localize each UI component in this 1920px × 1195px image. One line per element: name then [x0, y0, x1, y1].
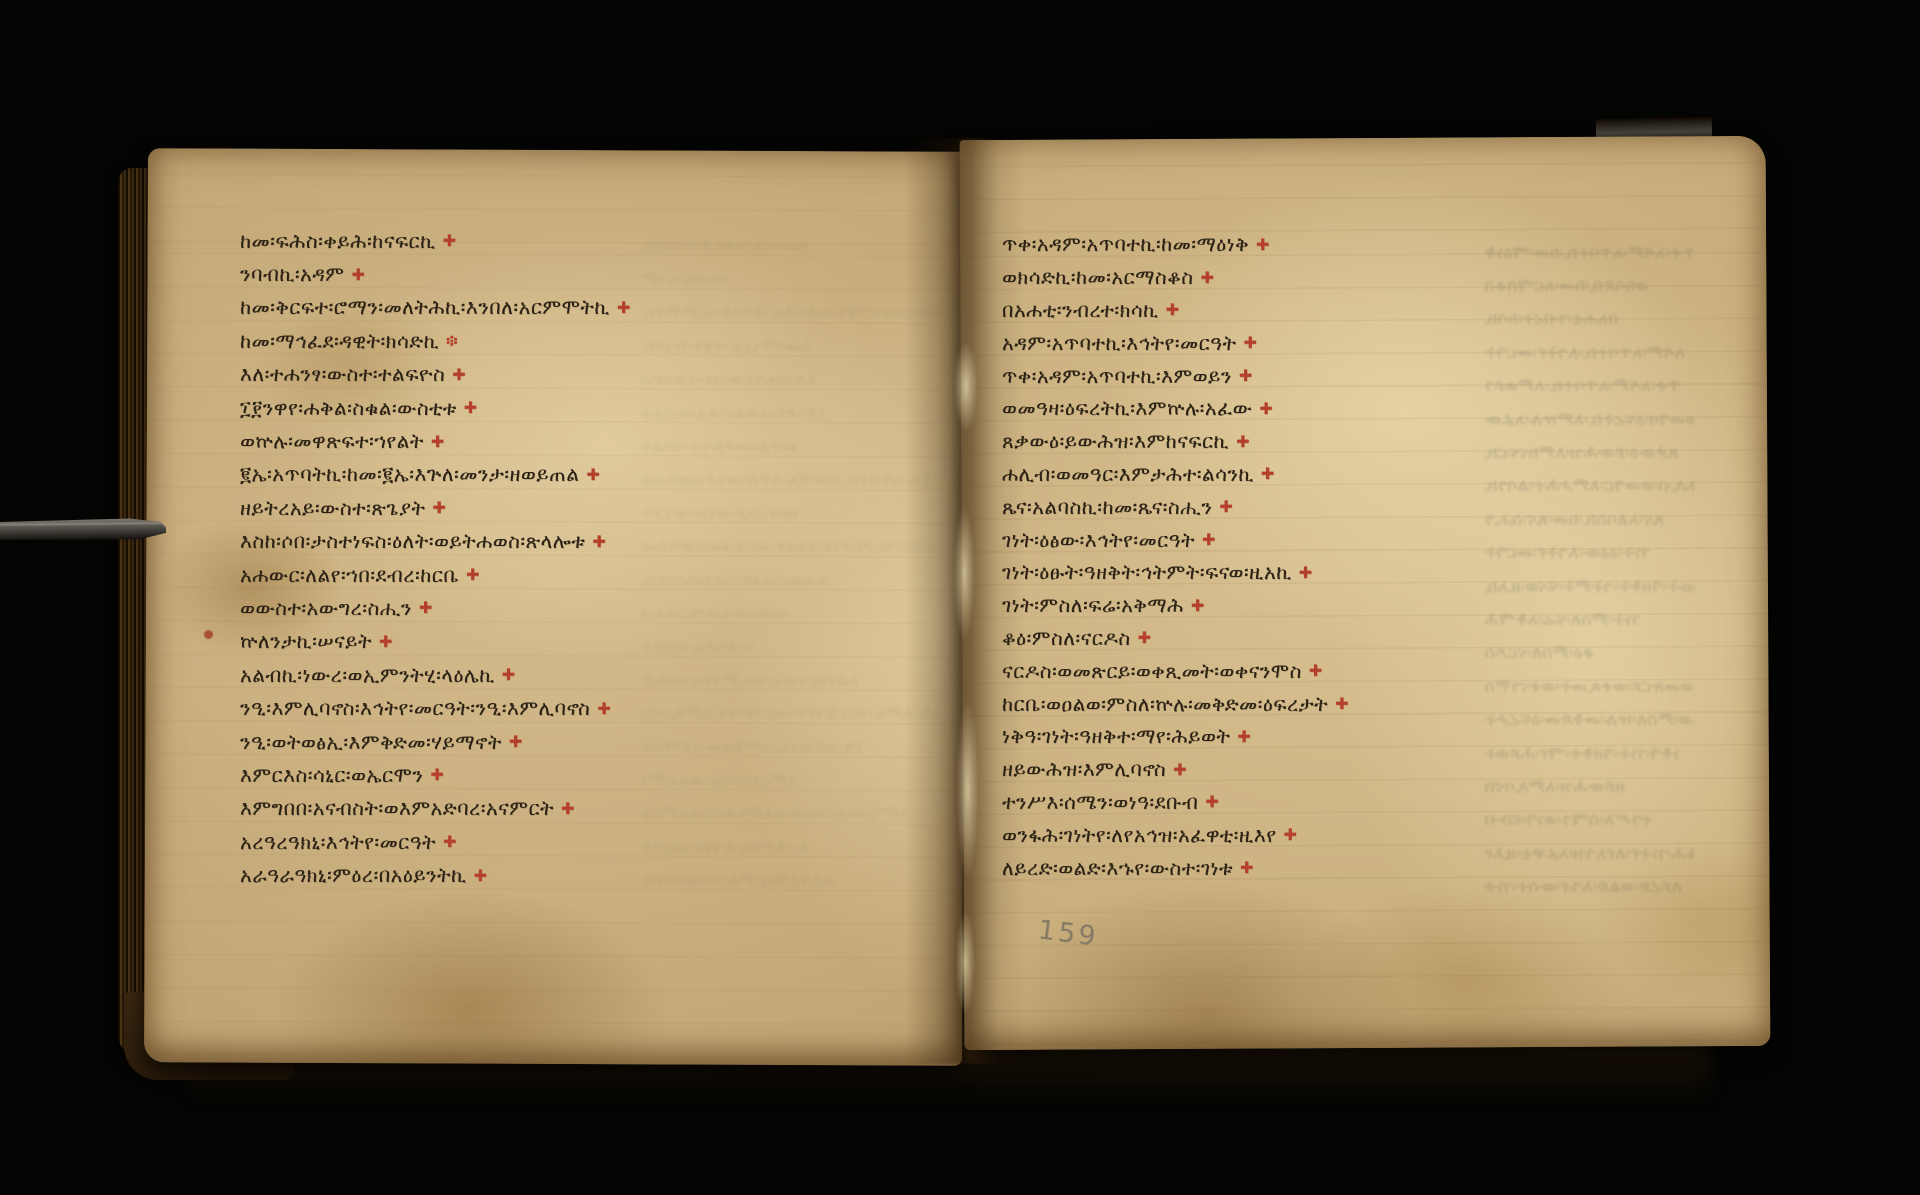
- text-line: ጸቃውዕ፡ይውሕዝ፡እምከናፍርኪ ✚: [1002, 425, 1349, 458]
- text-line: ንባብኪ፡አዳም ✚: [240, 257, 630, 290]
- line-text: ወንፋሕ፡ገነትየ፡ለየአኅዝ፡አፈዋቲ፡ዚእየ: [1002, 823, 1276, 847]
- text-line: ከርቤ፡ወዐልወ፡ምስለ፡ኵሉ፡መቅድመ፡ዕፍረታት ✚: [1002, 687, 1349, 720]
- text-line: ገነት፡ዕፅው፡እኅትየ፡መርዓት ✚: [1002, 523, 1349, 556]
- text-line: ፪ኤ፡አጥባትኪ፡ከመ፡፪ኤ፡እጕለ፡መንታ፡ዘወይጠል ✚: [240, 458, 630, 491]
- text-line: ገነት፡ዕፁት፡ዓዘቅት፡ኅትምት፡ፍናወ፡ዚአኪ ✚: [1002, 556, 1349, 589]
- line-text: ንዒ፡እምሊባኖስ፡እኅትየ፡መርዓት፡ንዒ፡እምሊባኖስ: [240, 696, 590, 720]
- line-end-cross-icon: ✚: [1261, 464, 1274, 483]
- text-line: ንዒ፡እምሊባኖስ፡እኅትየ፡መርዓት፡ንዒ፡እምሊባኖስ ✚: [240, 691, 630, 724]
- line-end-cross-icon: ✚: [443, 832, 456, 851]
- line-text: ፲፻ንዋየ፡ሐቅል፡ስቁል፡ውስቲቱ: [240, 396, 457, 420]
- line-text: ንባብኪ፡አዳም: [240, 262, 344, 286]
- line-text: እስከ፡ሶበ፡ታስተነፍስ፡ዕለት፡ወይትሐወስ፡ጽላሎቱ: [240, 529, 585, 553]
- line-text: ወውስተ፡አውግረ፡ስሒን: [240, 596, 412, 620]
- line-text: ገነት፡ዕፁት፡ዓዘቅት፡ኅትምት፡ፍናወ፡ዚአኪ: [1002, 560, 1292, 584]
- line-end-cross-icon: ✚: [1201, 268, 1214, 287]
- torn-gutter-edge: [950, 300, 982, 1020]
- line-text: ጥቀ፡አዳም፡አጥባተኪ፡ከመ፡ማዕነቅ: [1002, 232, 1249, 256]
- line-end-cross-icon: ፨: [446, 331, 457, 351]
- text-line: ንዒ፡ወትወፅኢ፡እምቅድመ፡ሃይማኖት ✚: [240, 725, 630, 758]
- line-end-cross-icon: ✚: [1138, 628, 1151, 647]
- line-end-cross-icon: ✚: [1236, 432, 1249, 451]
- text-line: አልብኪ፡ነውረ፡ወኢምንትሂ፡ላዕሌኪ ✚: [240, 658, 630, 691]
- text-line: ዘይውሕዝ፡እምሊባኖስ ✚: [1002, 753, 1349, 786]
- metal-pointer-rod: [0, 518, 166, 541]
- line-text: ፪ኤ፡አጥባትኪ፡ከመ፡፪ኤ፡እጕለ፡መንታ፡ዘወይጠል: [240, 462, 579, 486]
- line-text: ለይረድ፡ወልድ፡እኁየ፡ውስተ፡ገነቱ: [1002, 856, 1233, 880]
- line-end-cross-icon: ✚: [1309, 661, 1322, 680]
- line-end-cross-icon: ✚: [1191, 596, 1204, 615]
- line-text: ወኵሉ፡መዋጽፍተ፡ኀየልት: [240, 429, 424, 453]
- line-end-cross-icon: ✚: [1335, 694, 1348, 713]
- text-line: ወኵሉ፡መዋጽፍተ፡ኀየልት ✚: [240, 424, 630, 457]
- line-end-cross-icon: ✚: [617, 298, 630, 317]
- line-end-cross-icon: ✚: [597, 699, 610, 718]
- line-text: ዘይትረአይ፡ውስተ፡ጽጌያት: [240, 496, 425, 520]
- line-end-cross-icon: ✚: [1239, 366, 1252, 385]
- text-line: ፲፻ንዋየ፡ሐቅል፡ስቁል፡ውስቲቱ ✚: [240, 391, 630, 424]
- line-end-cross-icon: ✚: [430, 765, 443, 784]
- text-line: ገነት፡ምስለ፡ፍሬ፡አቅማሕ ✚: [1002, 589, 1349, 622]
- line-text: አልብኪ፡ነውረ፡ወኢምንትሂ፡ላዕሌኪ: [240, 663, 495, 687]
- text-line: እምግበበ፡አናብስት፡ወእምአድባረ፡አናምርት ✚: [240, 792, 630, 825]
- line-text: ሐሊብ፡ወመዓር፡እምታሕተ፡ልሳንኪ: [1002, 462, 1254, 486]
- line-text: ወመዓዛ፡ዕፍረትኪ፡እምኵሉ፡አፈው: [1002, 396, 1252, 420]
- line-text: አረዓረዓክኒ፡እኅትየ፡መርዓት: [240, 830, 436, 854]
- text-line: ጥቀ፡አዳም፡አጥባተኪ፡ከመ፡ማዕነቅ ✚: [1002, 228, 1349, 261]
- text-line: በአሐቲ፡ንብረተ፡ክሳኪ ✚: [1002, 294, 1349, 327]
- line-end-cross-icon: ✚: [432, 498, 445, 517]
- text-line: አራዓራዓክኒ፡ምዕረ፡በአዕይንትኪ ✚: [240, 858, 630, 891]
- line-end-cross-icon: ✚: [464, 398, 477, 417]
- text-line: አረዓረዓክኒ፡እኅትየ፡መርዓት ✚: [240, 825, 630, 858]
- line-end-cross-icon: ✚: [443, 231, 456, 250]
- line-text: ከመ፡ቅርፍተ፡ሮማን፡መለትሕኪ፡እንበለ፡አርምሞትኪ: [240, 295, 610, 319]
- line-end-cross-icon: ✚: [431, 432, 444, 451]
- line-end-cross-icon: ✚: [351, 265, 364, 284]
- text-line: አሐውር፡ለልየ፡ኀበ፡ደብረ፡ከርቤ ✚: [240, 558, 630, 591]
- line-end-cross-icon: ✚: [592, 532, 605, 551]
- line-end-cross-icon: ✚: [509, 732, 522, 751]
- line-end-cross-icon: ✚: [502, 665, 515, 684]
- text-line: ወውስተ፡አውግረ፡ስሒን ✚: [240, 591, 630, 624]
- text-line: ከመ፡ፍሕስ፡ቀይሕ፡ከናፍርኪ ✚: [240, 224, 630, 257]
- line-text: ተንሥእ፡ሰሜን፡ወነዓ፡ደቡብ: [1002, 790, 1198, 814]
- line-text: ጼና፡አልባስኪ፡ከመ፡ጼና፡ስሒን: [1002, 495, 1212, 519]
- right-page-text-block: ጥቀ፡አዳም፡አጥባተኪ፡ከመ፡ማዕነቅ ✚ ወክሳድኪ፡ከመ፡አርማስቆስ ✚…: [1002, 228, 1349, 884]
- text-line: ጥቀ፡አዳም፡አጥባተኪ፡እምወይን ✚: [1002, 359, 1349, 392]
- line-text: ንዒ፡ወትወፅኢ፡እምቅድመ፡ሃይማኖት: [240, 730, 502, 754]
- line-end-cross-icon: ✚: [1205, 792, 1218, 811]
- line-text: ከርቤ፡ወዐልወ፡ምስለ፡ኵሉ፡መቅድመ፡ዕፍረታት: [1002, 692, 1328, 716]
- line-text: አራዓራዓክኒ፡ምዕረ፡በአዕይንትኪ: [240, 863, 467, 887]
- text-line: ነቅዓ፡ገነት፡ዓዘቅተ፡ማየ፡ሕይወት ✚: [1002, 720, 1349, 753]
- line-text: በአሐቲ፡ንብረተ፡ክሳኪ: [1002, 298, 1159, 322]
- text-line: ወክሳድኪ፡ከመ፡አርማስቆስ ✚: [1002, 261, 1349, 294]
- line-end-cross-icon: ✚: [1166, 300, 1179, 319]
- line-text: ናርዶስ፡ወመጽርይ፡ወቀጺመት፡ወቀናንሞስ: [1002, 659, 1302, 683]
- line-end-cross-icon: ✚: [452, 365, 465, 384]
- text-line: እስከ፡ሶበ፡ታስተነፍስ፡ዕለት፡ወይትሐወስ፡ጽላሎቱ ✚: [240, 525, 630, 558]
- red-wear-dot: [204, 630, 213, 639]
- line-end-cross-icon: ✚: [466, 565, 479, 584]
- text-line: ወመዓዛ፡ዕፍረትኪ፡እምኵሉ፡አፈው ✚: [1002, 392, 1349, 425]
- line-text: ወክሳድኪ፡ከመ፡አርማስቆስ: [1002, 265, 1194, 289]
- line-text: ነቅዓ፡ገነት፡ዓዘቅተ፡ማየ፡ሕይወት: [1002, 724, 1230, 748]
- line-end-cross-icon: ✚: [1173, 760, 1186, 779]
- line-text: ቆዕ፡ምስለ፡ናርዶስ: [1002, 626, 1131, 650]
- text-line: ኵለንታኪ፡ሠናይት ✚: [240, 625, 630, 658]
- text-line: አዳም፡አጥባተኪ፡እኅትየ፡መርዓት ✚: [1002, 326, 1349, 359]
- line-text: ገነት፡ዕፅው፡እኅትየ፡መርዓት: [1002, 528, 1195, 552]
- line-end-cross-icon: ✚: [1299, 563, 1312, 582]
- line-text: ከመ፡ማኅፈደ፡ዳዊት፡ክሳድኪ: [240, 329, 439, 353]
- text-line: ቆዕ፡ምስለ፡ናርዶስ ✚: [1002, 622, 1349, 655]
- text-line: እለ፡ተሐንፃ፡ውስተ፡ተልፍዮስ ✚: [240, 358, 630, 391]
- line-text: ዘይውሕዝ፡እምሊባኖስ: [1002, 757, 1166, 781]
- line-end-cross-icon: ✚: [419, 598, 432, 617]
- line-text: አሐውር፡ለልየ፡ኀበ፡ደብረ፡ከርቤ: [240, 563, 459, 587]
- line-end-cross-icon: ✚: [1256, 235, 1269, 254]
- text-line: ናርዶስ፡ወመጽርይ፡ወቀጺመት፡ወቀናንሞስ ✚: [1002, 654, 1349, 687]
- line-end-cross-icon: ✚: [561, 799, 574, 818]
- line-text: ጥቀ፡አዳም፡አጥባተኪ፡እምወይን: [1002, 364, 1232, 388]
- text-line: ለይረድ፡ወልድ፡እኁየ፡ውስተ፡ገነቱ ✚: [1002, 851, 1349, 884]
- text-line: እምርእስ፡ሳኒር፡ወኤርሞን ✚: [240, 758, 630, 791]
- text-line: ጼና፡አልባስኪ፡ከመ፡ጼና፡ስሒን ✚: [1002, 490, 1349, 523]
- text-line: ዘይትረአይ፡ውስተ፡ጽጌያት ✚: [240, 491, 630, 524]
- line-end-cross-icon: ✚: [1283, 825, 1296, 844]
- line-end-cross-icon: ✚: [586, 465, 599, 484]
- line-end-cross-icon: ✚: [1237, 727, 1250, 746]
- text-line: ከመ፡ማኅፈደ፡ዳዊት፡ክሳድኪ ፨: [240, 324, 630, 357]
- line-end-cross-icon: ✚: [1243, 333, 1256, 352]
- text-line: ወንፋሕ፡ገነትየ፡ለየአኅዝ፡አፈዋቲ፡ዚእየ ✚: [1002, 818, 1349, 851]
- line-end-cross-icon: ✚: [1240, 858, 1253, 877]
- line-end-cross-icon: ✚: [1259, 399, 1272, 418]
- line-text: ጸቃውዕ፡ይውሕዝ፡እምከናፍርኪ: [1002, 429, 1229, 453]
- line-text: አዳም፡አጥባተኪ፡እኅትየ፡መርዓት: [1002, 331, 1236, 355]
- text-line: ሐሊብ፡ወመዓር፡እምታሕተ፡ልሳንኪ ✚: [1002, 458, 1349, 491]
- line-text: ገነት፡ምስለ፡ፍሬ፡አቅማሕ: [1002, 593, 1184, 617]
- line-text: እምርእስ፡ሳኒር፡ወኤርሞን: [240, 763, 423, 787]
- line-end-cross-icon: ✚: [379, 632, 392, 651]
- line-end-cross-icon: ✚: [1202, 530, 1215, 549]
- text-line: ከመ፡ቅርፍተ፡ሮማን፡መለትሕኪ፡እንበለ፡አርምሞትኪ ✚: [240, 291, 630, 324]
- line-text: ከመ፡ፍሕስ፡ቀይሕ፡ከናፍርኪ: [240, 229, 436, 253]
- line-end-cross-icon: ✚: [1219, 497, 1232, 516]
- line-end-cross-icon: ✚: [474, 866, 487, 885]
- line-text: ኵለንታኪ፡ሠናይት: [240, 629, 372, 653]
- line-text: እለ፡ተሐንፃ፡ውስተ፡ተልፍዮስ: [240, 362, 445, 386]
- text-line: ተንሥእ፡ሰሜን፡ወነዓ፡ደቡብ ✚: [1002, 786, 1349, 819]
- left-page-text-block: ከመ፡ፍሕስ፡ቀይሕ፡ከናፍርኪ ✚ ንባብኪ፡አዳም ✚ ከመ፡ቅርፍተ፡ሮማ…: [240, 224, 630, 892]
- line-text: እምግበበ፡አናብስት፡ወእምአድባረ፡አናምርት: [240, 796, 554, 820]
